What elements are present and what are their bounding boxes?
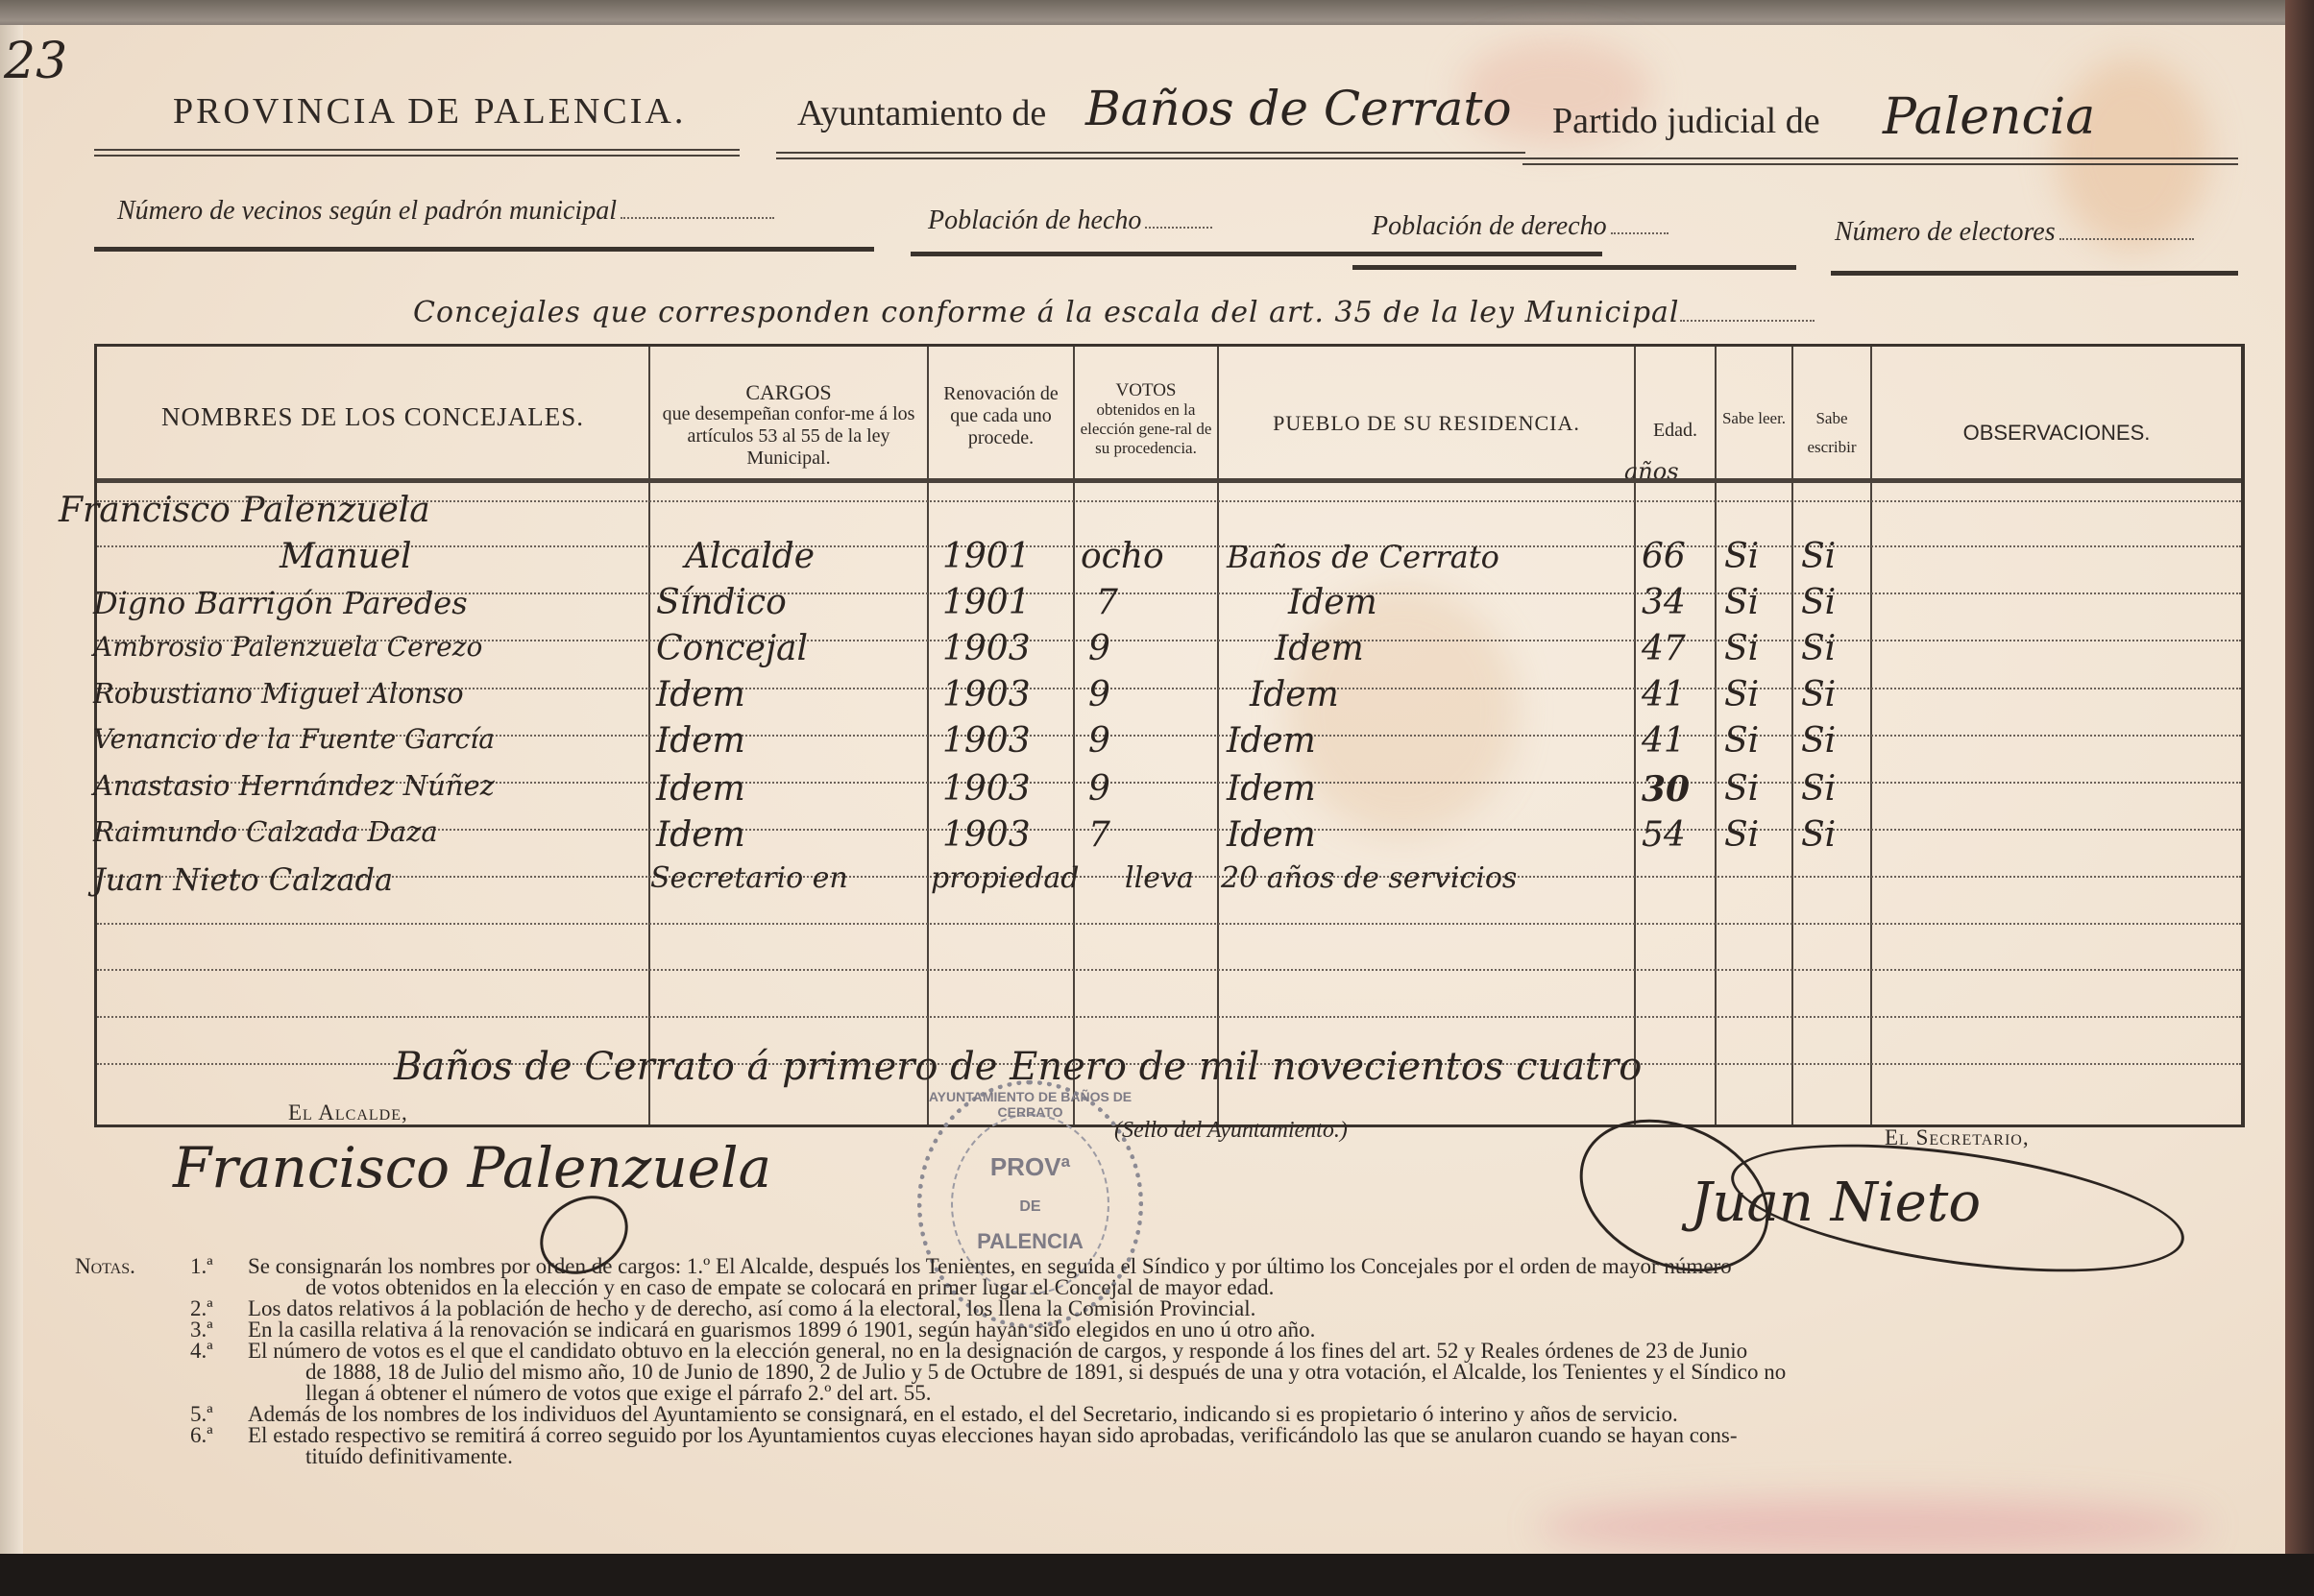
header-rule bbox=[1522, 157, 2238, 165]
page-number: 23 bbox=[4, 33, 67, 90]
book-edge-bottom bbox=[0, 1554, 2314, 1596]
provincia-title: PROVINCIA DE PALENCIA. bbox=[173, 90, 686, 133]
row-nombre: Francisco Palenzuela bbox=[59, 491, 430, 530]
header-edad: Edad. bbox=[1636, 420, 1715, 442]
header-votos: VOTOSobtenidos en la elección gene-ral d… bbox=[1075, 381, 1217, 458]
header-nombres: NOMBRES DE LOS CONCEJALES. bbox=[97, 406, 648, 428]
book-edge-right bbox=[2285, 0, 2314, 1596]
nota-item: 2.ª Los datos relativos á la población d… bbox=[75, 1298, 2255, 1319]
nota-item: 4.ª El número de votos es el que el cand… bbox=[75, 1341, 2255, 1404]
poblacion-derecho-field: Población de derecho bbox=[1372, 211, 1669, 242]
alcalde-signature: Francisco Palenzuela bbox=[173, 1135, 771, 1200]
header-renovacion: Renovación de que cada uno procede. bbox=[929, 383, 1073, 449]
header-sabe-leer: Sabe leer. bbox=[1717, 404, 1791, 433]
nota-item: Notas. 1.ª Se consignarán los nombres po… bbox=[75, 1256, 2255, 1298]
concejales-table: NOMBRES DE LOS CONCEJALES. CARGOSque des… bbox=[94, 344, 2245, 1127]
stain bbox=[1537, 1498, 2209, 1556]
header-rule bbox=[776, 152, 1525, 159]
nota-item: 5.ª Además de los nombres de los individ… bbox=[75, 1404, 2255, 1425]
stats-rule bbox=[94, 247, 874, 252]
poblacion-hecho-field: Población de hecho bbox=[928, 206, 1212, 236]
header-rule bbox=[97, 478, 2241, 483]
stats-rule bbox=[1831, 271, 2238, 276]
electores-field: Número de electores bbox=[1835, 217, 2194, 248]
header-pueblo: PUEBLO DE SU RESIDENCIA. bbox=[1219, 412, 1634, 434]
nota-item: 3.ª En la casilla relativa á la renovaci… bbox=[75, 1319, 2255, 1341]
partido-value: Palencia bbox=[1883, 88, 2095, 146]
partido-label: Partido judicial de bbox=[1552, 100, 1820, 142]
ayuntamiento-label: Ayuntamiento de bbox=[797, 92, 1046, 134]
header-observaciones: OBSERVACIONES. bbox=[1872, 422, 2241, 444]
nota-item: 6.ª El estado respectivo se remitirá á c… bbox=[75, 1425, 2255, 1467]
page-curl bbox=[0, 25, 23, 1561]
sello-label: (Sello del Ayuntamiento.) bbox=[1114, 1118, 1348, 1144]
notas-section: Notas. 1.ª Se consignarán los nombres po… bbox=[75, 1256, 2255, 1467]
header-sabe-escribir: Sabe escribir bbox=[1793, 404, 1870, 462]
stats-rule bbox=[911, 252, 1602, 256]
ayuntamiento-value: Baños de Cerrato bbox=[1085, 81, 1512, 136]
header-cargos: CARGOSque desempeñan confor-me á los art… bbox=[650, 381, 927, 470]
secretario-signature: Juan Nieto bbox=[1691, 1172, 1981, 1234]
vecinos-field: Número de vecinos según el padrón munici… bbox=[117, 196, 774, 227]
alcalde-label: El Alcalde, bbox=[288, 1100, 408, 1125]
header-rule bbox=[94, 149, 740, 157]
concejales-escala-line: Concejales que corresponden conforme á l… bbox=[413, 296, 1815, 329]
stats-rule bbox=[1352, 265, 1796, 270]
